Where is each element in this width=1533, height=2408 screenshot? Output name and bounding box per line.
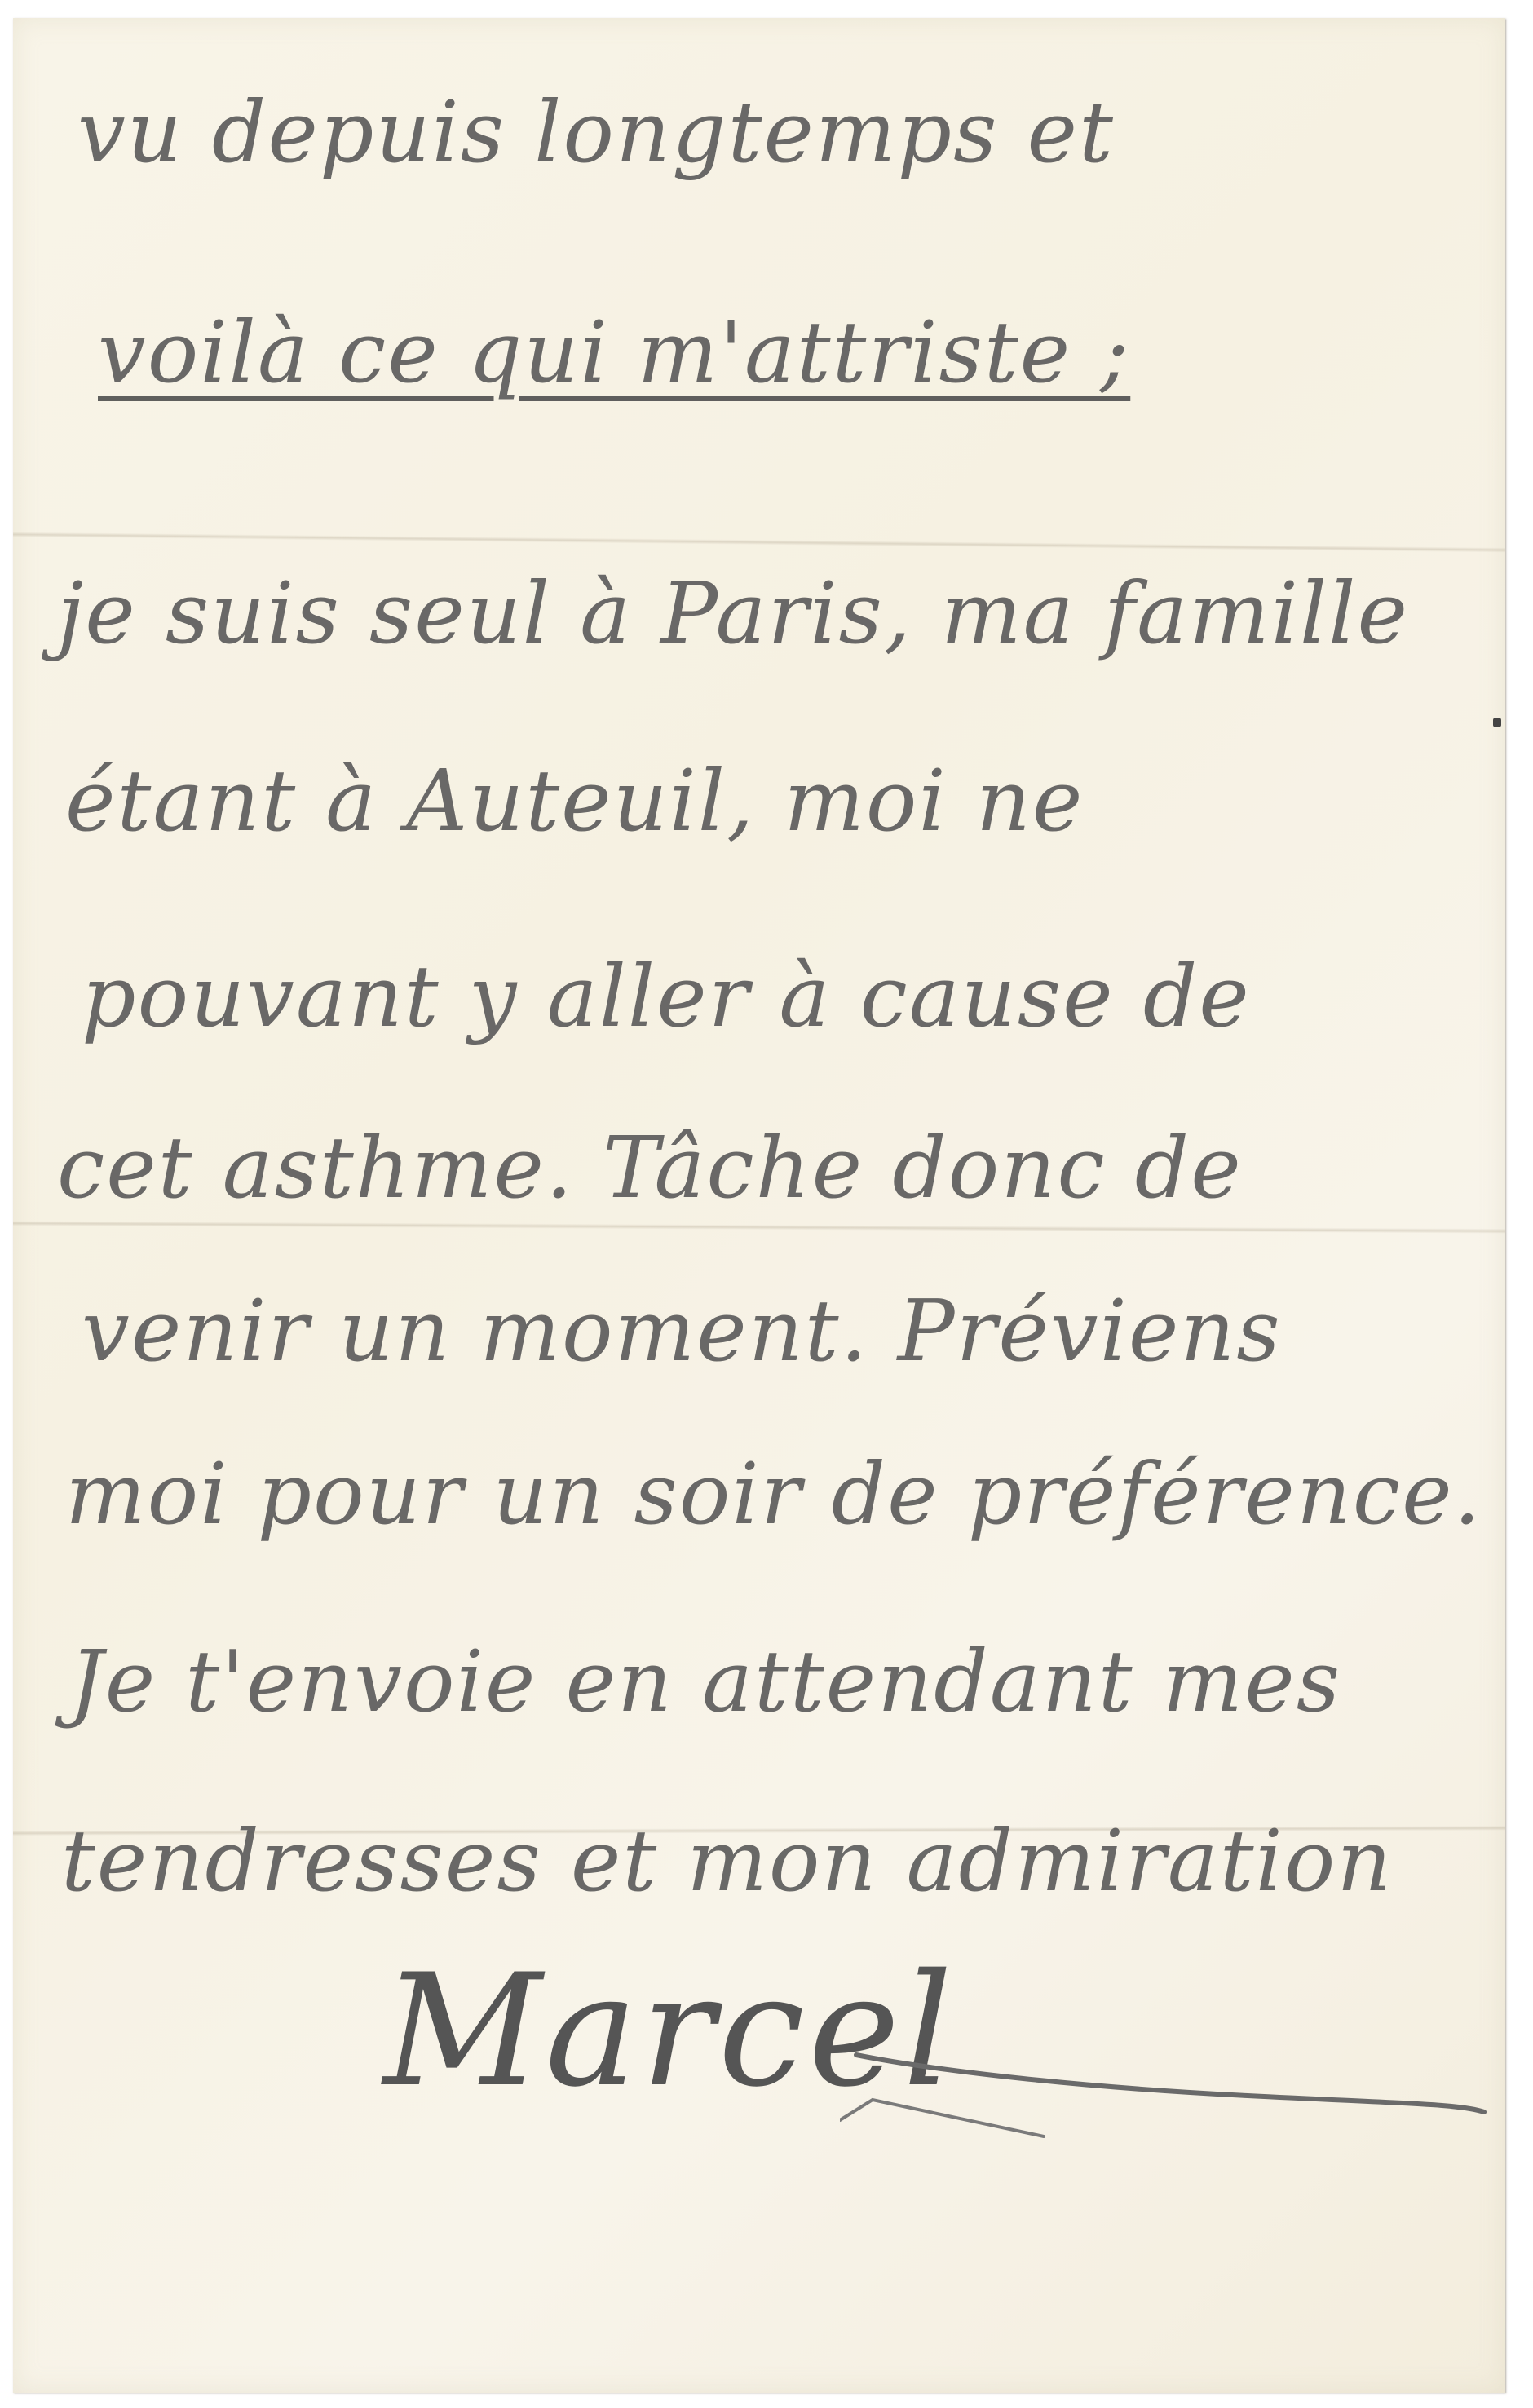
letter-line-8: moi pour un soir de préférence. — [65, 1451, 1482, 1536]
letter-text: cet asthme. Tâche donc de — [57, 1118, 1243, 1217]
letter-line-3: je suis seul à Paris, ma famille — [57, 571, 1409, 656]
letter-line-1: vu depuis longtemps et — [77, 90, 1115, 175]
letter-line-6: cet asthme. Tâche donc de — [57, 1125, 1243, 1210]
letter-text: étant à Auteuil, moi ne — [65, 751, 1084, 851]
letter-line-4: étant à Auteuil, moi ne — [65, 758, 1084, 843]
letter-text: tendresses et mon admiration — [61, 1811, 1393, 1911]
letter-line-10: tendresses et mon admiration — [61, 1818, 1393, 1903]
paper-fold-line — [13, 1221, 1505, 1234]
letter-text: je suis seul à Paris, ma famille — [57, 563, 1409, 663]
signature-flourish — [840, 2022, 1492, 2145]
letter-line-2: voilà ce qui m'attriste ; — [98, 310, 1130, 395]
letter-line-7: venir un moment. Préviens — [82, 1288, 1282, 1373]
letter-text: venir un moment. Préviens — [82, 1281, 1282, 1381]
letter-text: pouvant y aller à cause de — [82, 947, 1251, 1046]
letter-text: moi pour un soir de préférence. — [65, 1444, 1482, 1544]
letter-text-underlined: voilà ce qui m'attriste ; — [98, 303, 1130, 402]
letter-text: Je t'envoie en attendant mes — [69, 1632, 1341, 1731]
paper-fold-line — [13, 532, 1505, 552]
letter-line-5: pouvant y aller à cause de — [82, 954, 1251, 1039]
letter-line-9: Je t'envoie en attendant mes — [69, 1639, 1341, 1724]
pencil-mark — [1493, 718, 1501, 727]
letter-text: vu depuis longtemps et — [77, 82, 1115, 182]
